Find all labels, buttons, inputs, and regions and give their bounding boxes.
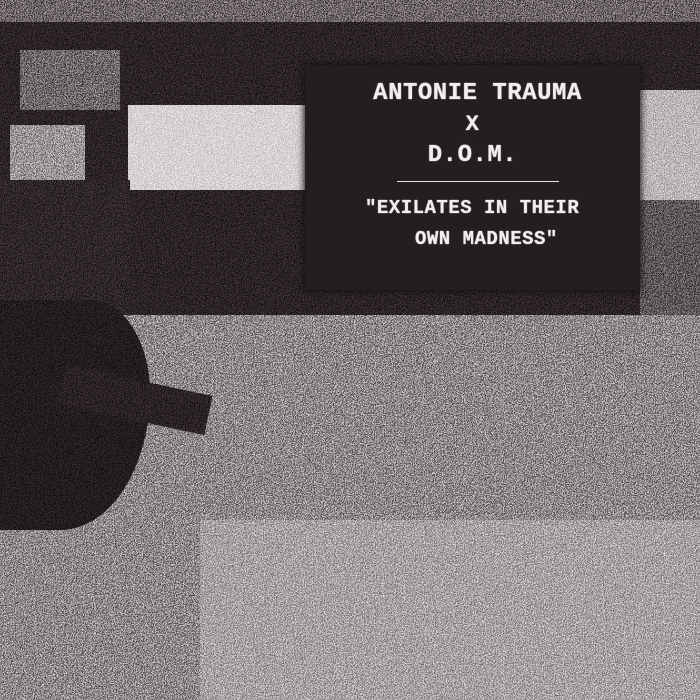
collab-separator: X: [305, 112, 640, 137]
album-cover: ANTONIE TRAUMA X D.O.M. "EXILATES IN THE…: [0, 0, 700, 700]
album-title-line-1: "EXILATES IN THEIR: [365, 197, 640, 219]
title-panel: ANTONIE TRAUMA X D.O.M. "EXILATES IN THE…: [305, 65, 640, 290]
album-title-line-2: OWN MADNESS": [415, 228, 640, 250]
artist-name-1: ANTONIE TRAUMA: [305, 80, 640, 107]
divider-line: [397, 181, 559, 182]
artist-name-2: D.O.M.: [305, 142, 640, 169]
